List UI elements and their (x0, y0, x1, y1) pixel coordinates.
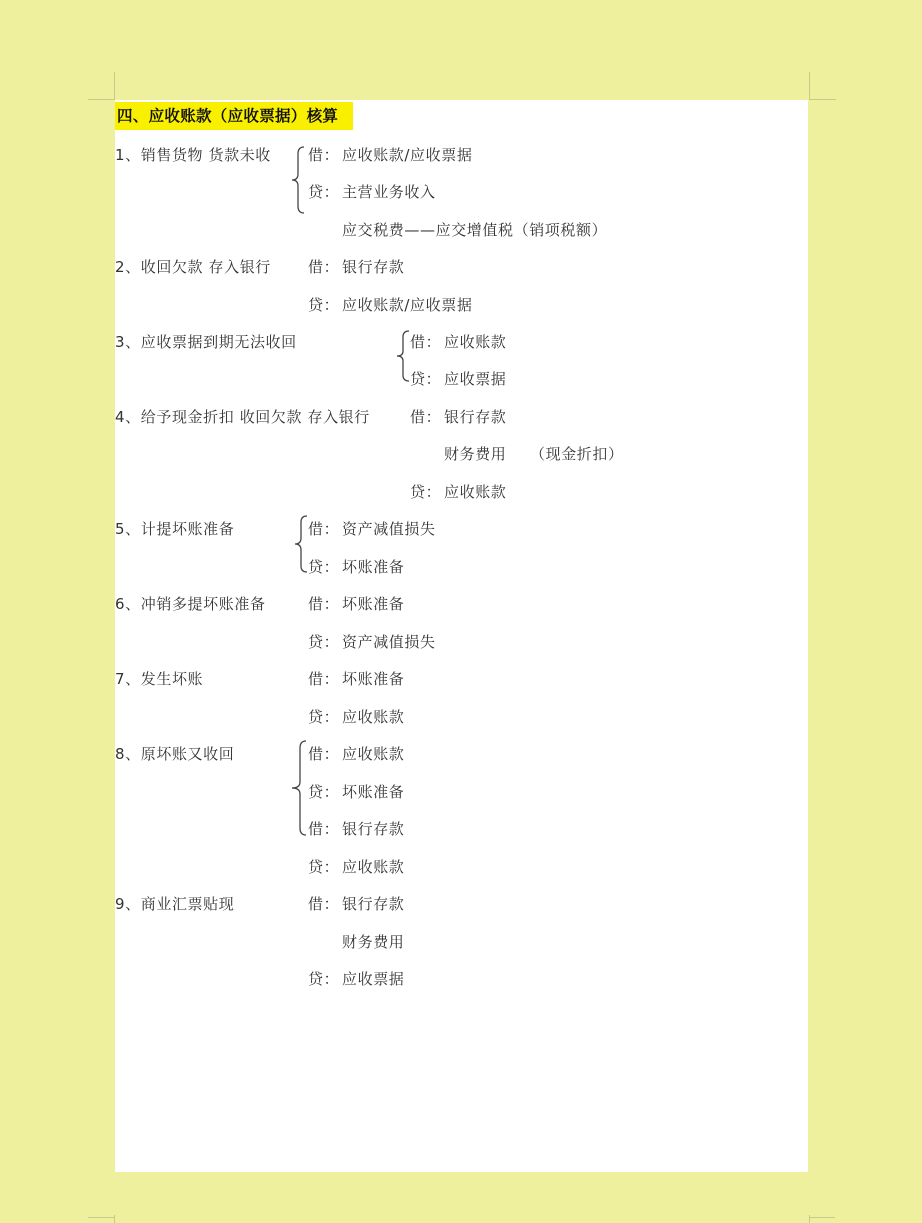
entry-4-credit-account: 应收账款 (444, 482, 506, 502)
crop-mark-top-right-h (809, 99, 836, 100)
brace-icon (294, 515, 308, 573)
entry-6-credit-account: 资产减值损失 (342, 632, 436, 652)
brace-icon (291, 740, 307, 836)
entry-3-credit-account: 应收票据 (444, 369, 506, 389)
brace-icon (291, 146, 305, 214)
entry-1-credit-account-2: 应交税费——应交增值税（销项税额） (342, 220, 607, 240)
entry-3-label: 3、应收票据到期无法收回 (115, 332, 297, 352)
crop-mark-bottom-left-h (88, 1217, 114, 1218)
entry-8-credit-side: 贷： (308, 782, 339, 802)
entry-3-debit-account: 应收账款 (444, 332, 506, 352)
entry-1-debit-account: 应收账款/应收票据 (342, 145, 472, 165)
entry-2-credit-side: 贷： (308, 295, 339, 315)
entry-1-label: 1、销售货物 货款未收 (115, 145, 271, 165)
entry-2-credit-account: 应收账款/应收票据 (342, 295, 472, 315)
entry-7-credit-side: 贷： (308, 707, 339, 727)
entry-8-debit-account-2: 银行存款 (342, 819, 404, 839)
crop-mark-top-left-h (88, 99, 115, 100)
entry-8-credit-side-2: 贷： (308, 857, 339, 877)
entry-6-credit-side: 贷： (308, 632, 339, 652)
entry-5-debit-side: 借： (308, 519, 339, 539)
entry-5-debit-account: 资产减值损失 (342, 519, 436, 539)
entry-6-debit-account: 坏账准备 (342, 594, 404, 614)
entry-6-label: 6、冲销多提坏账准备 (115, 594, 266, 614)
entry-4-credit-side: 贷： (410, 482, 441, 502)
entry-5-label: 5、计提坏账准备 (115, 519, 234, 539)
entry-9-debit-account: 银行存款 (342, 894, 404, 914)
entry-1-debit-side: 借： (308, 145, 339, 165)
entry-4-debit-side: 借： (410, 407, 441, 427)
brace-icon (396, 330, 410, 382)
crop-mark-bottom-left-v (114, 1215, 115, 1223)
entry-9-credit-account: 应收票据 (342, 969, 404, 989)
entry-6-debit-side: 借： (308, 594, 339, 614)
entry-7-debit-account: 坏账准备 (342, 669, 404, 689)
entry-4-label: 4、给予现金折扣 收回欠款 存入银行 (115, 407, 370, 427)
entry-7-debit-side: 借： (308, 669, 339, 689)
entry-9-credit-side: 贷： (308, 969, 339, 989)
entry-4-debit-account-2: 财务费用 (444, 444, 506, 464)
entry-4-debit-note: （现金折扣） (530, 444, 624, 464)
entry-7-label: 7、发生坏账 (115, 669, 203, 689)
entry-2-label: 2、收回欠款 存入银行 (115, 257, 271, 277)
entry-8-debit-account: 应收账款 (342, 744, 404, 764)
entry-1-credit-side: 贷： (308, 182, 339, 202)
entry-2-debit-side: 借： (308, 257, 339, 277)
crop-mark-top-right-v (809, 72, 810, 100)
entry-7-credit-account: 应收账款 (342, 707, 404, 727)
entry-8-credit-account-2: 应收账款 (342, 857, 404, 877)
crop-mark-top-left-v (114, 72, 115, 100)
entry-9-debit-side: 借： (308, 894, 339, 914)
entry-8-credit-account: 坏账准备 (342, 782, 404, 802)
entry-4-debit-account: 银行存款 (444, 407, 506, 427)
entry-8-debit-side: 借： (308, 744, 339, 764)
entry-3-debit-side: 借： (410, 332, 441, 352)
entry-3-credit-side: 贷： (410, 369, 441, 389)
entry-8-debit-side-2: 借： (308, 819, 339, 839)
entry-1-credit-account: 主营业务收入 (342, 182, 436, 202)
crop-mark-bottom-right-h (809, 1217, 835, 1218)
entry-5-credit-side: 贷： (308, 557, 339, 577)
document-title: 四、应收账款（应收票据）核算 (115, 102, 353, 130)
entry-5-credit-account: 坏账准备 (342, 557, 404, 577)
entry-2-debit-account: 银行存款 (342, 257, 404, 277)
entry-9-debit-account-2: 财务费用 (342, 932, 404, 952)
entry-8-label: 8、原坏账又收回 (115, 744, 234, 764)
entry-9-label: 9、商业汇票贴现 (115, 894, 234, 914)
